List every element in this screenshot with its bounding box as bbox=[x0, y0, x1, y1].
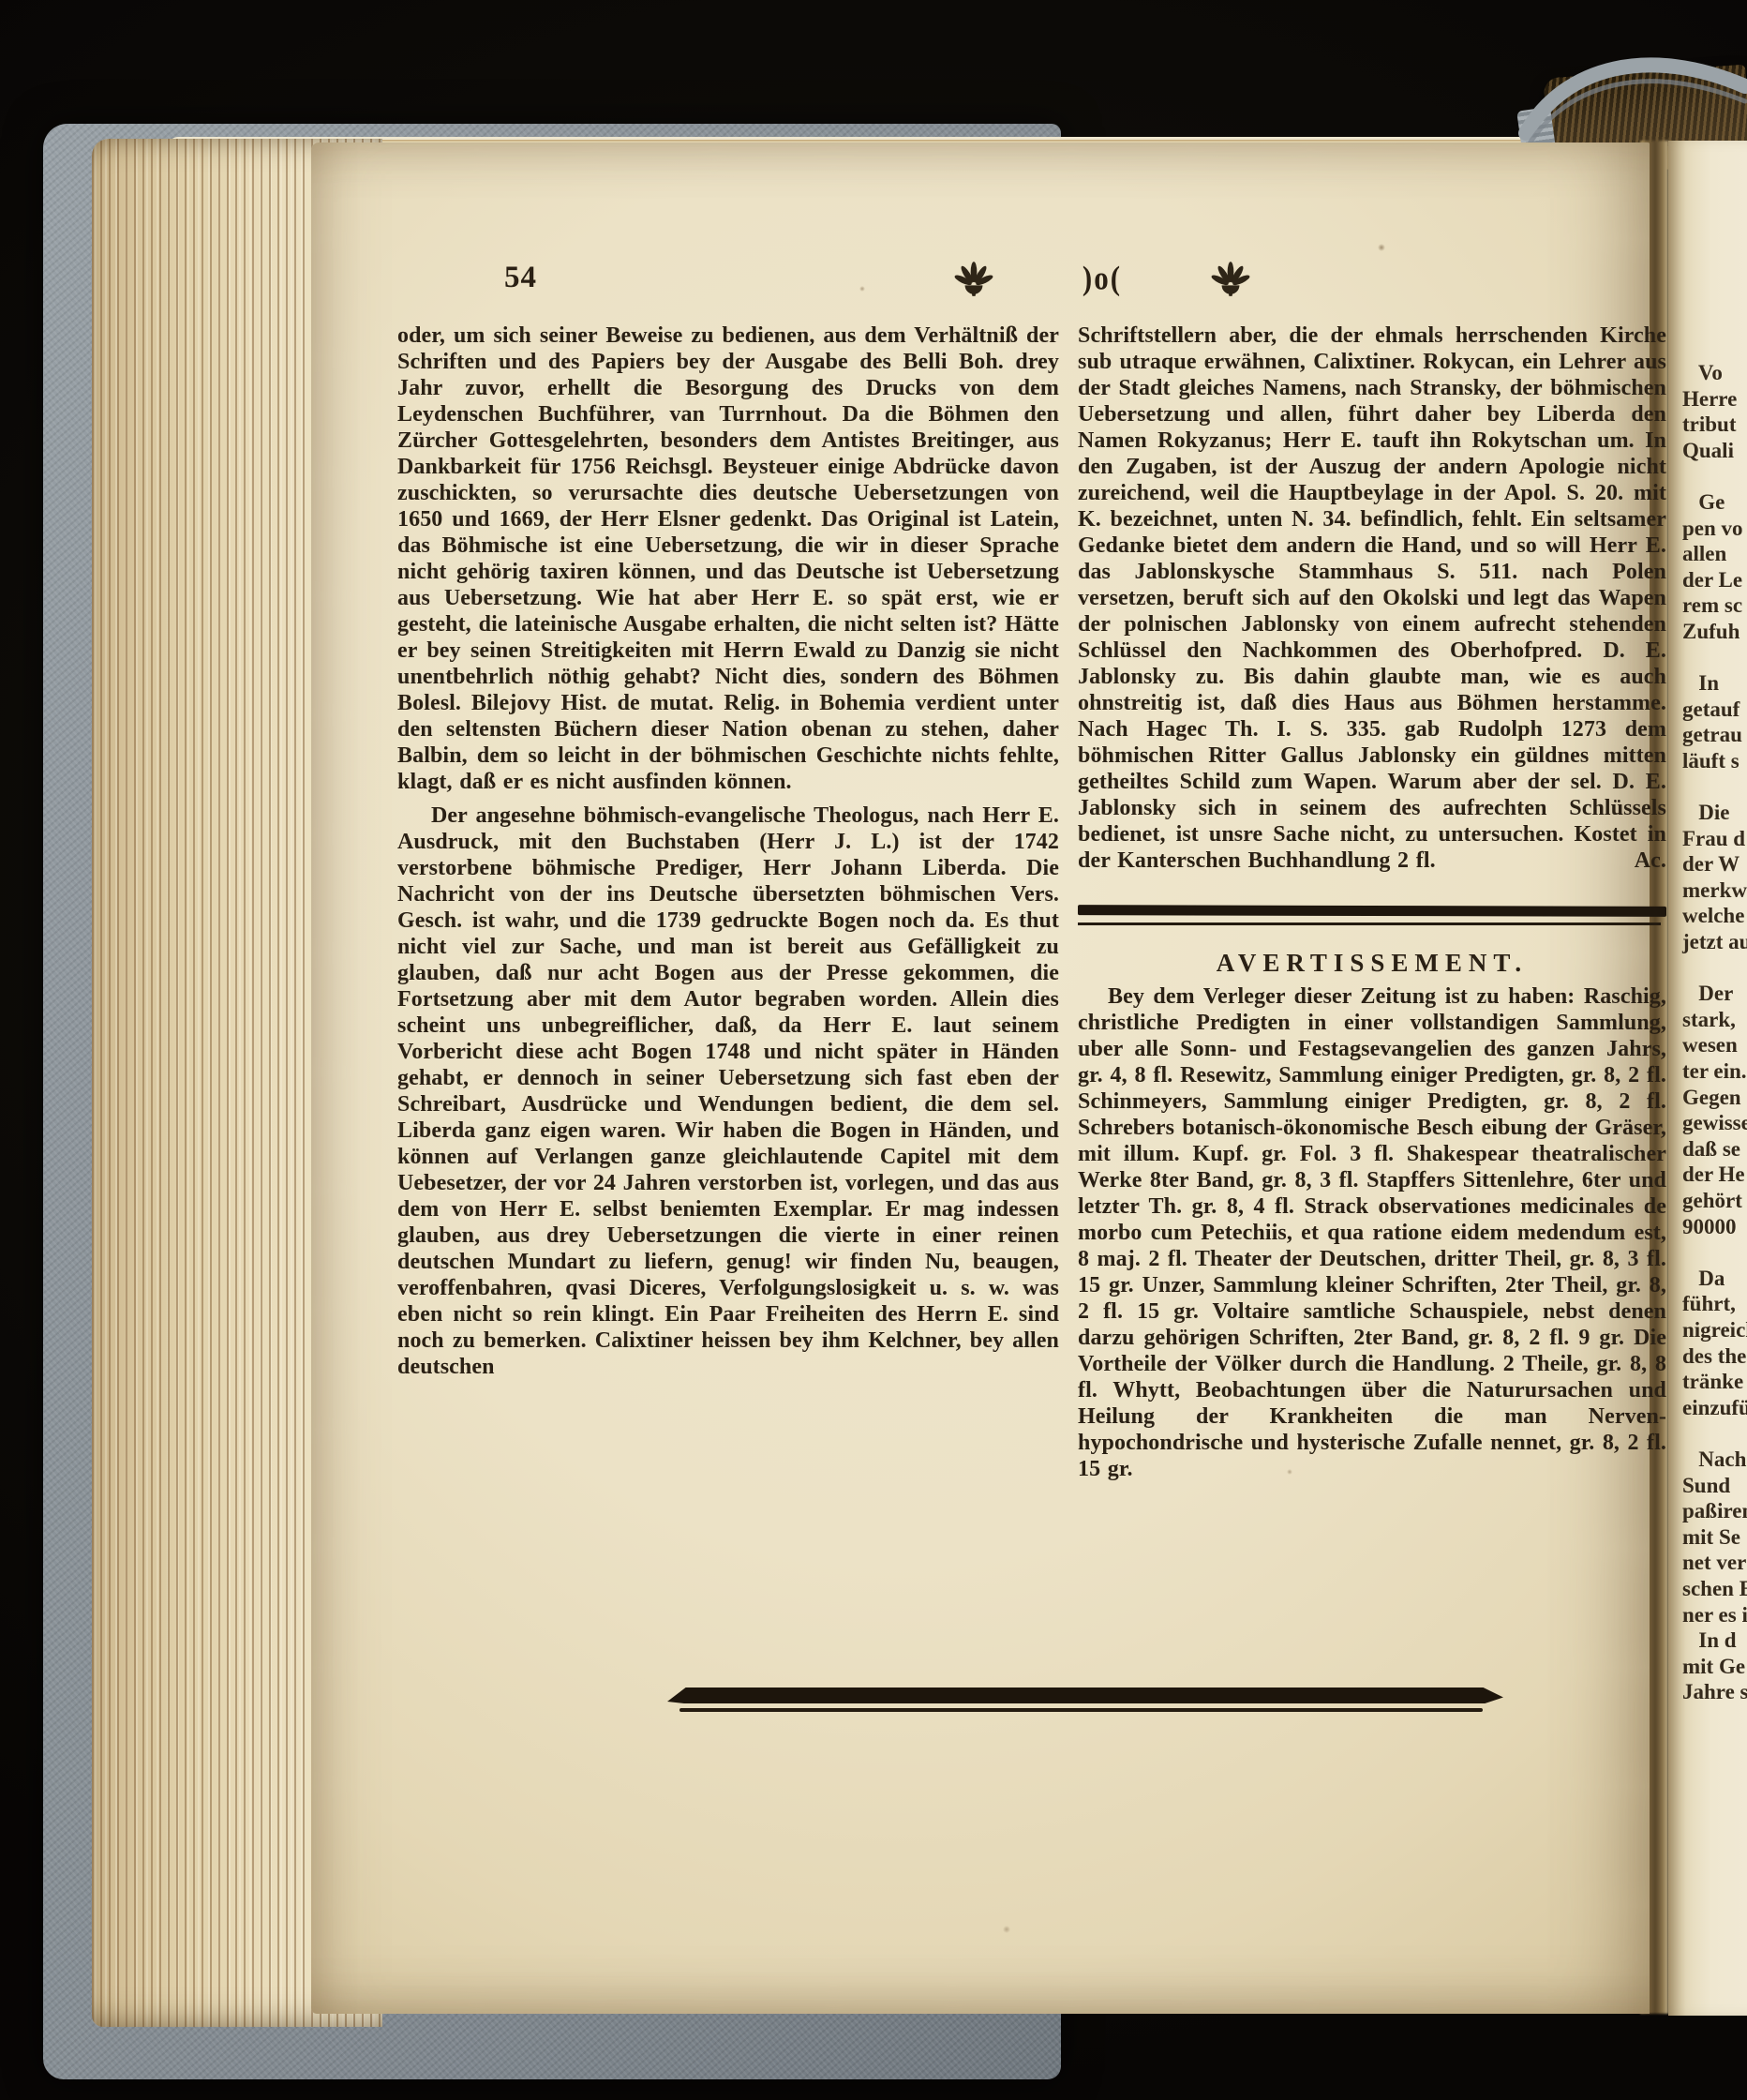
fragment-line: 90000 bbox=[1682, 1214, 1747, 1240]
advertisement-body: Bey dem Verleger dieser Zeitung ist zu h… bbox=[1078, 983, 1666, 1482]
fragment-line: gehört bbox=[1682, 1188, 1747, 1214]
fragment-line: schen E bbox=[1682, 1576, 1747, 1602]
fragment-line: der W bbox=[1682, 851, 1747, 877]
advertisement-heading: AVERTISSEMENT. bbox=[1078, 950, 1666, 976]
fragment-line: der Le bbox=[1682, 567, 1747, 593]
fragment-line bbox=[1682, 1239, 1747, 1266]
shell-ornament-icon bbox=[1209, 259, 1252, 298]
fragment-line: getauf bbox=[1682, 697, 1747, 723]
fragment-line bbox=[1682, 645, 1747, 671]
fragment-line: getrau bbox=[1682, 722, 1747, 748]
fragment-line: Jahre s bbox=[1682, 1679, 1747, 1705]
fragment-line: pen vo bbox=[1682, 516, 1747, 542]
fragment-line: der He bbox=[1682, 1162, 1747, 1188]
fragment-line: Sund bbox=[1682, 1473, 1747, 1499]
fragment-line bbox=[1682, 1420, 1747, 1447]
fragment-line: Quali bbox=[1682, 438, 1747, 464]
fragment-line: jetzt au bbox=[1682, 929, 1747, 955]
fragment-line: tränke bbox=[1682, 1369, 1747, 1395]
text-column-right: Schriftstellern aber, die der ehmals her… bbox=[1078, 322, 1666, 1482]
divider-thick-rule bbox=[1078, 905, 1666, 917]
fragment-line: welche bbox=[1682, 903, 1747, 929]
fragment-line: des the bbox=[1682, 1343, 1747, 1370]
fragment-line: Vo bbox=[1682, 360, 1747, 386]
fragment-line: Herre bbox=[1682, 386, 1747, 412]
fragment-line bbox=[1682, 463, 1747, 489]
fragment-line: paßiren bbox=[1682, 1498, 1747, 1524]
fragment-line: In d bbox=[1682, 1627, 1747, 1654]
next-page-text-fragments: VoHerretributQuali Gepen voallender Lere… bbox=[1682, 360, 1747, 1705]
fragment-line: Die bbox=[1682, 800, 1747, 826]
fragment-line: allen bbox=[1682, 541, 1747, 567]
fragment-line: nigreich bbox=[1682, 1317, 1747, 1343]
fragment-line: net ver bbox=[1682, 1550, 1747, 1576]
fragment-line: Da bbox=[1682, 1266, 1747, 1292]
fragment-line: daß se bbox=[1682, 1136, 1747, 1162]
fragment-line: ner es i bbox=[1682, 1602, 1747, 1628]
paragraph: Schriftstellern aber, die der ehmals her… bbox=[1078, 322, 1666, 874]
section-mark: )o( bbox=[1083, 259, 1122, 297]
paragraph: oder, um sich seiner Beweise zu bedienen… bbox=[397, 322, 1059, 795]
fragment-line: Frau d bbox=[1682, 826, 1747, 852]
fragment-line: Der bbox=[1682, 981, 1747, 1007]
next-page-sliver: VoHerretributQuali Gepen voallender Lere… bbox=[1668, 141, 1747, 2016]
fragment-line: einzufü bbox=[1682, 1395, 1747, 1421]
page-number: 54 bbox=[504, 261, 537, 295]
closing-rule-thin bbox=[679, 1708, 1482, 1712]
fragment-line: mit Se bbox=[1682, 1524, 1747, 1551]
fragment-line: gewisse bbox=[1682, 1110, 1747, 1136]
book-photo: 54 )o( bbox=[0, 0, 1747, 2100]
article-divider-rule bbox=[1078, 906, 1666, 925]
fragment-line: Zufuh bbox=[1682, 619, 1747, 645]
fragment-line: rem sc bbox=[1682, 592, 1747, 619]
fragment-line: mit Ge bbox=[1682, 1654, 1747, 1680]
fragment-line: Gegen bbox=[1682, 1085, 1747, 1111]
fragment-line: merkw bbox=[1682, 877, 1747, 904]
closing-rule-bar bbox=[667, 1687, 1503, 1703]
fragment-line: wesen bbox=[1682, 1032, 1747, 1058]
fragment-line: läuft s bbox=[1682, 748, 1747, 774]
book-page: 54 )o( bbox=[311, 142, 1650, 2014]
fragment-line: stark, bbox=[1682, 1007, 1747, 1033]
closing-rule bbox=[667, 1687, 1503, 1712]
fragment-line: Ge bbox=[1682, 489, 1747, 516]
text-column-left: oder, um sich seiner Beweise zu bedienen… bbox=[397, 322, 1059, 1380]
header-ornament-row: )o( bbox=[952, 259, 1252, 298]
fragment-line: führt, bbox=[1682, 1291, 1747, 1317]
fragment-line: Nach bbox=[1682, 1447, 1747, 1473]
paragraph: Der angesehne böhmisch-evangelische Theo… bbox=[397, 802, 1059, 1380]
shell-ornament-icon bbox=[952, 259, 995, 298]
fragment-line: In bbox=[1682, 670, 1747, 697]
fragment-line bbox=[1682, 955, 1747, 982]
fragment-line bbox=[1682, 774, 1747, 801]
fragment-line: tribut bbox=[1682, 412, 1747, 438]
fragment-line: ter ein. bbox=[1682, 1058, 1747, 1085]
divider-thin-rule bbox=[1078, 922, 1661, 925]
